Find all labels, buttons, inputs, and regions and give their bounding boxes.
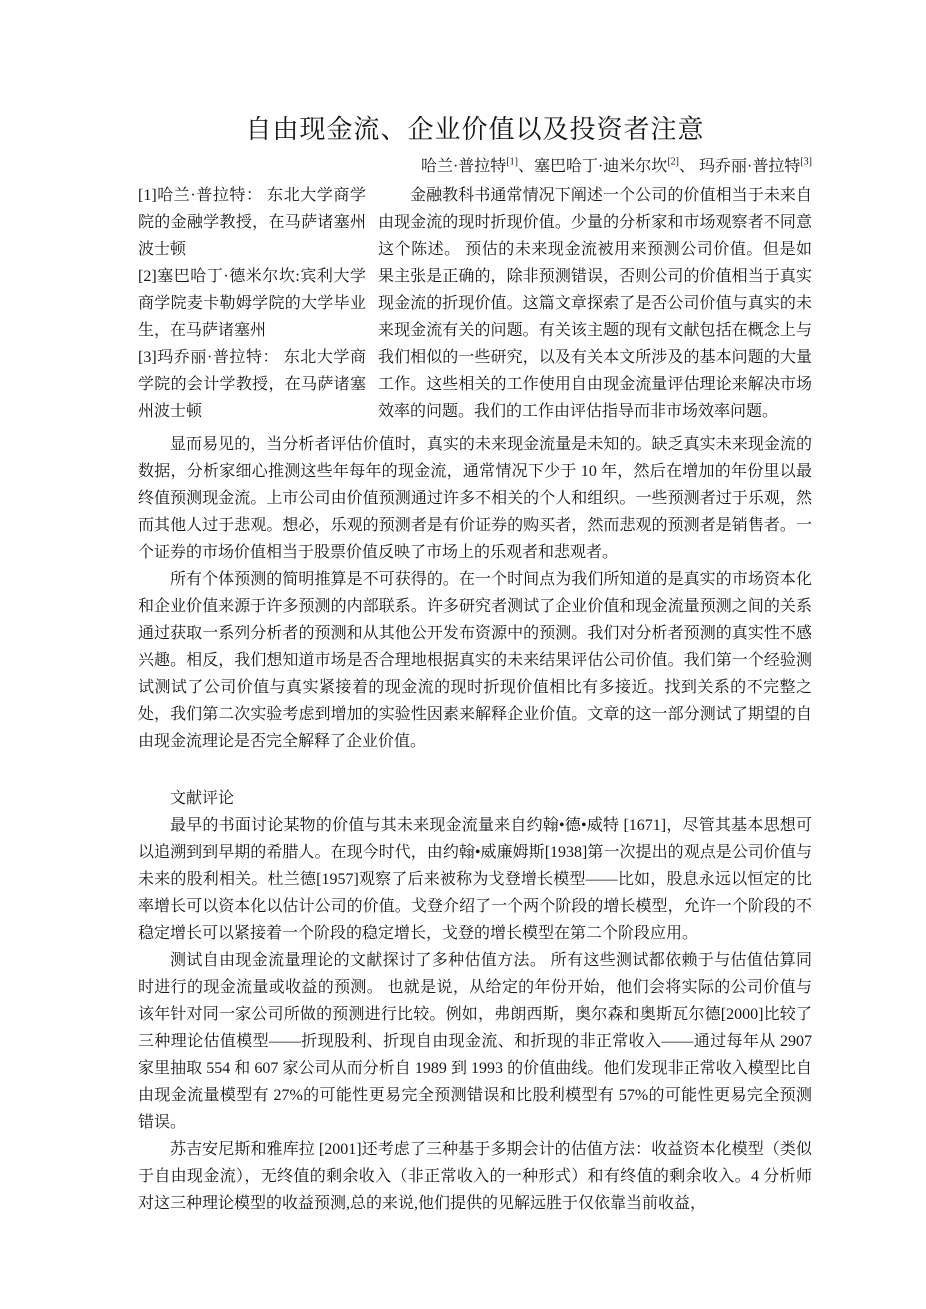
author-superscript: [1] bbox=[506, 157, 518, 168]
body-text: 显而易见的，当分析者评估价值时，真实的未来现金流量是未知的。缺乏真实未来现金流的… bbox=[138, 431, 812, 1217]
author-superscript: [3] bbox=[800, 157, 812, 168]
body-paragraph: 最早的书面讨论某物的价值与其未来现金流量来自约翰•德•威特 [1671]，尽管其… bbox=[138, 812, 812, 947]
affiliation-note: [1]哈兰·普拉特： 东北大学商学院的金融学教授，在马萨诸塞州波士顿 bbox=[138, 182, 366, 263]
author-name: 、塞巴哈丁·迪米尔坎 bbox=[518, 158, 667, 175]
abstract-paragraph: 金融教科书通常情况下阐述一个公司的价值相当于未来自由现金流的现时折现价值。少量的… bbox=[378, 182, 812, 425]
author-superscript: [2] bbox=[667, 157, 679, 168]
author-name: 、 玛乔丽·普拉特 bbox=[679, 158, 800, 175]
author-name: 哈兰·普拉特 bbox=[421, 158, 506, 175]
affiliations-block: [1]哈兰·普拉特： 东北大学商学院的金融学教授，在马萨诸塞州波士顿 [2]塞巴… bbox=[138, 182, 366, 425]
body-paragraph: 显而易见的，当分析者评估价值时，真实的未来现金流量是未知的。缺乏真实未来现金流的… bbox=[138, 431, 812, 566]
section-heading: 文献评论 bbox=[138, 785, 812, 812]
affiliation-note: [3]玛乔丽·普拉特： 东北大学商学院的会计学教授，在马萨诸塞州波士顿 bbox=[138, 344, 366, 425]
two-column-block: [1]哈兰·普拉特： 东北大学商学院的金融学教授，在马萨诸塞州波士顿 [2]塞巴… bbox=[138, 182, 812, 425]
paper-title: 自由现金流、企业价值以及投资者注意 bbox=[138, 110, 812, 150]
document-page: 自由现金流、企业价值以及投资者注意 哈兰·普拉特[1]、塞巴哈丁·迪米尔坎[2]… bbox=[0, 0, 926, 1309]
body-paragraph: 所有个体预测的简明推算是不可获得的。在一个时间点为我们所知道的是真实的市场资本化… bbox=[138, 566, 812, 755]
affiliation-note: [2]塞巴哈丁·德米尔坎:宾利大学商学院麦卡勒姆学院的大学毕业生，在马萨诸塞州 bbox=[138, 263, 366, 344]
body-paragraph: 测试自由现金流量理论的文献探讨了多种估值方法。 所有这些测试都依赖于与估值估算同… bbox=[138, 947, 812, 1136]
author-byline: 哈兰·普拉特[1]、塞巴哈丁·迪米尔坎[2]、 玛乔丽·普拉特[3] bbox=[138, 153, 812, 180]
body-paragraph: 苏吉安尼斯和雅库拉 [2001]还考虑了三种基于多期会计的估值方法：收益资本化模… bbox=[138, 1136, 812, 1217]
